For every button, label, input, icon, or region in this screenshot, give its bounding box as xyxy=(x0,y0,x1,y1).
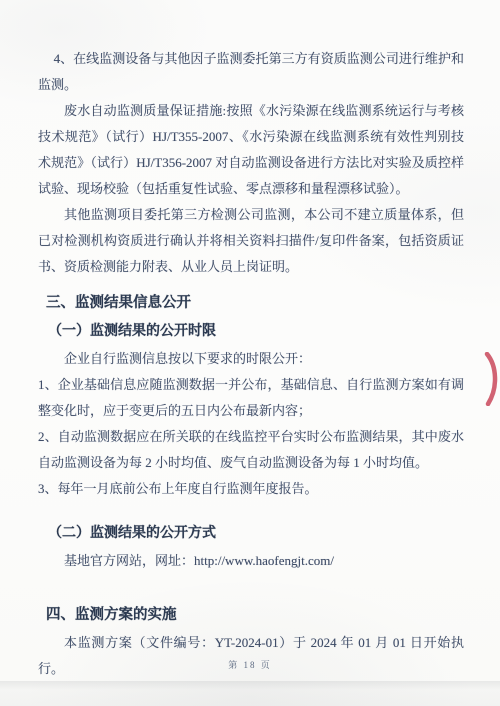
list-item: 1、企业基础信息应随监测数据一并公布，基础信息、自行监测方案如有调整变化时，应于… xyxy=(38,372,464,424)
paragraph: 企业自行监测信息按以下要求的时限公开： xyxy=(38,346,464,372)
paragraph: 废水自动监测质量保证措施:按照《水污染源在线监测系统运行与考核技术规范》（试行）… xyxy=(38,98,464,202)
subsection-heading-1: （一）监测结果的公开时限 xyxy=(48,318,464,346)
scanned-document-page: 4、在线监测设备与其他因子监测委托第三方有资质监测公司进行维护和监测。 废水自动… xyxy=(0,0,500,706)
page-number: 第 18 页 xyxy=(0,658,500,671)
paragraph: 本监测方案（文件编号：YT-2024-01）于 2024 年 01 月 01 日… xyxy=(38,630,464,682)
paragraph-website: 基地官方网站，网址：http://www.haofengjt.com/ xyxy=(38,548,464,574)
subsection-heading-2: （二）监测结果的公开方式 xyxy=(48,520,464,548)
paragraph: 其他监测项目委托第三方检测公司监测，本公司不建立质量体系，但已对检测机构资质进行… xyxy=(38,202,464,280)
section-heading-3: 三、监测结果信息公开 xyxy=(46,288,464,318)
list-item: 3、每年一月底前公布上年度自行监测年度报告。 xyxy=(38,476,464,502)
section-heading-4: 四、监测方案的实施 xyxy=(46,600,464,630)
scan-crease-shadow xyxy=(0,681,500,706)
list-item: 2、自动监测数据应在所关联的在线监控平台实时公布监测结果，其中废水自动监测设备为… xyxy=(38,424,464,476)
document-body: 4、在线监测设备与其他因子监测委托第三方有资质监测公司进行维护和监测。 废水自动… xyxy=(0,0,500,682)
red-pen-mark xyxy=(484,352,500,406)
list-item: 4、在线监测设备与其他因子监测委托第三方有资质监测公司进行维护和监测。 xyxy=(38,46,464,98)
